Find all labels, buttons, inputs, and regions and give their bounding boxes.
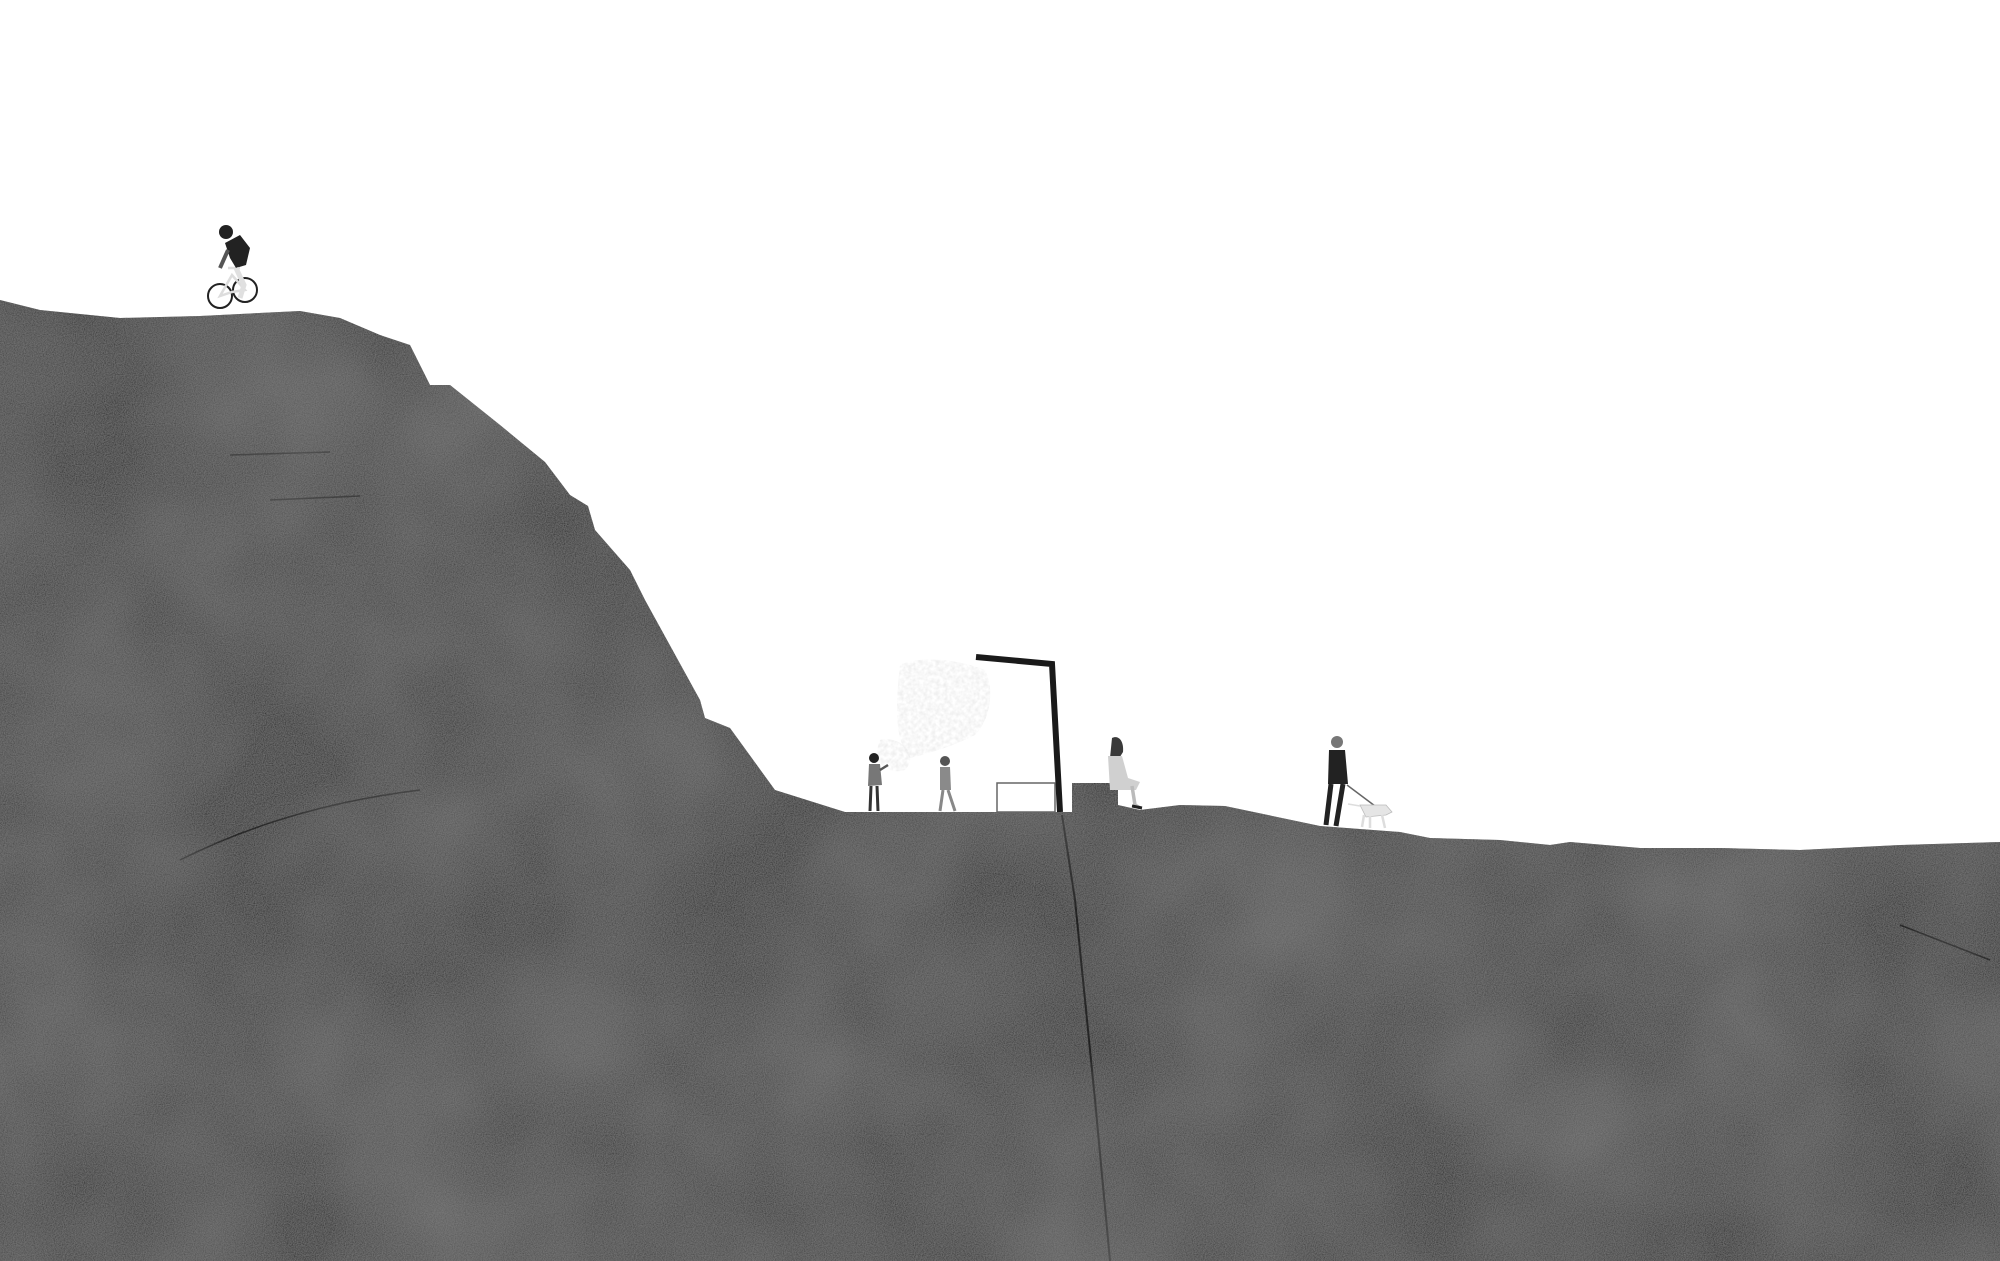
landscape-section-scene	[0, 0, 2000, 1261]
cyclist-head	[219, 225, 233, 239]
